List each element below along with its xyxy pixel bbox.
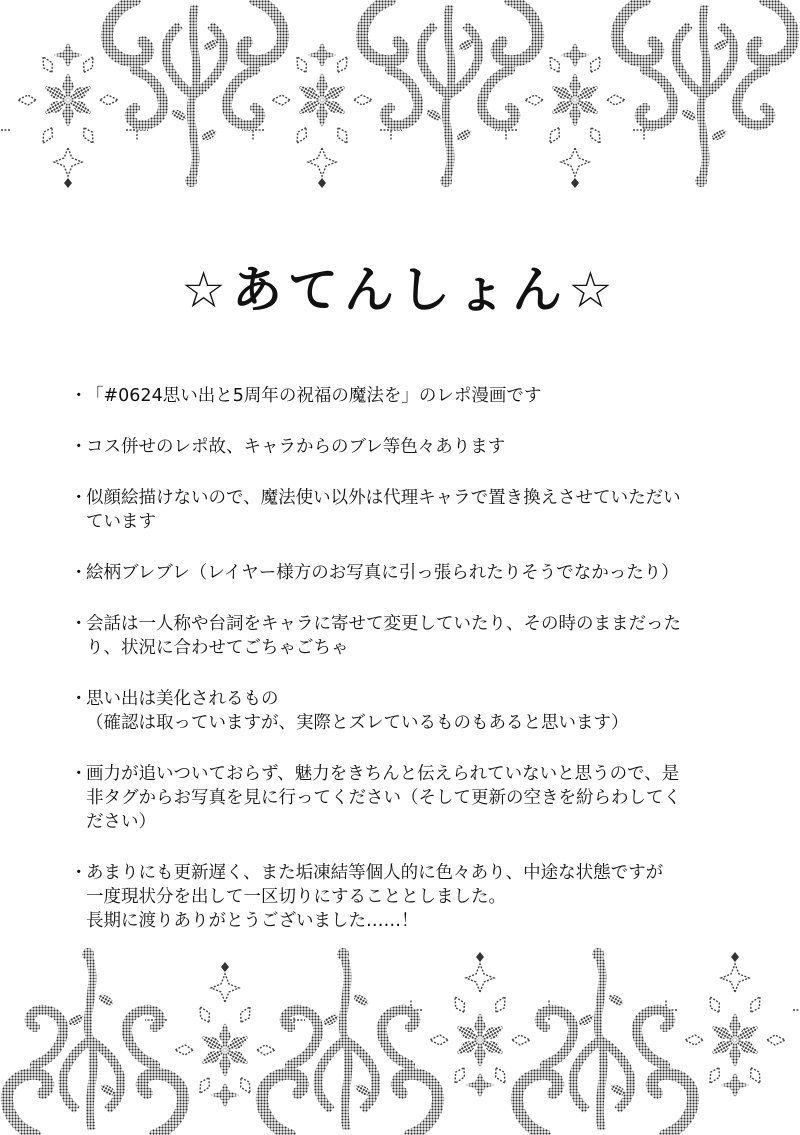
note-item: ・絵柄ブレブレ（レイヤー様方のお写真に引っ張られたりそうでなかったり）	[68, 561, 748, 585]
note-text: 画力が追いついておらず、魅力をきちんと伝えられていないと思うので、是 非タグから…	[86, 764, 681, 832]
note-item: ・思い出は美化されるもの （確認は取っていますが、実際とズレているものもあると思…	[68, 687, 748, 735]
note-item: ・会話は一人称や台詞をキャラに寄せて変更していたり、その時のままだった り、状況…	[68, 612, 748, 660]
damask-ornament-icon	[0, 930, 800, 1135]
bullet-icon: ・	[70, 687, 88, 711]
note-item: ・画力が追いついておらず、魅力をきちんと伝えられていないと思うので、是 非タグか…	[68, 762, 748, 834]
note-text: 会話は一人称や台詞をキャラに寄せて変更していたり、その時のままだった り、状況に…	[86, 614, 681, 658]
bullet-icon: ・	[70, 612, 88, 636]
note-text: 思い出は美化されるもの （確認は取っていますが、実際とズレているものもあると思い…	[86, 689, 629, 733]
page-title: ☆あてんしょん☆	[0, 250, 800, 322]
title-text: あてんしょん	[232, 261, 568, 319]
note-text: コス併せのレポ故、キャラからのブレ等色々あります	[86, 437, 505, 457]
star-icon: ☆	[181, 261, 232, 319]
bullet-icon: ・	[70, 435, 88, 459]
attention-notes-list: ・「#0624思い出と5周年の祝福の魔法を」のレポ漫画です ・コス併せのレポ故、…	[68, 384, 748, 960]
note-text: 絵柄ブレブレ（レイヤー様方のお写真に引っ張られたりそうでなかったり）	[86, 563, 679, 583]
note-text: 「#0624思い出と5周年の祝福の魔法を」のレポ漫画です	[86, 386, 541, 406]
bullet-icon: ・	[70, 561, 88, 585]
bullet-icon: ・	[70, 486, 88, 510]
bottom-decorative-border	[0, 930, 800, 1135]
bullet-icon: ・	[70, 762, 88, 786]
note-item: ・似顔絵描けないので、魔法使い以外は代理キャラで置き換えさせていただい ています	[68, 486, 748, 534]
note-item: ・コス併せのレポ故、キャラからのブレ等色々あります	[68, 435, 748, 459]
bullet-icon: ・	[70, 384, 88, 408]
note-text: あまりにも更新遅く、また垢凍結等個人的に色々あり、中途な状態ですが 一度現状分を…	[86, 863, 663, 931]
top-decorative-border	[0, 0, 800, 200]
damask-ornament-icon	[0, 0, 800, 200]
note-text: 似顔絵描けないので、魔法使い以外は代理キャラで置き換えさせていただい ています	[86, 488, 681, 532]
note-item: ・あまりにも更新遅く、また垢凍結等個人的に色々あり、中途な状態ですが 一度現状分…	[68, 861, 748, 933]
bullet-icon: ・	[70, 861, 88, 885]
note-item: ・「#0624思い出と5周年の祝福の魔法を」のレポ漫画です	[68, 384, 748, 408]
star-icon: ☆	[568, 261, 619, 319]
